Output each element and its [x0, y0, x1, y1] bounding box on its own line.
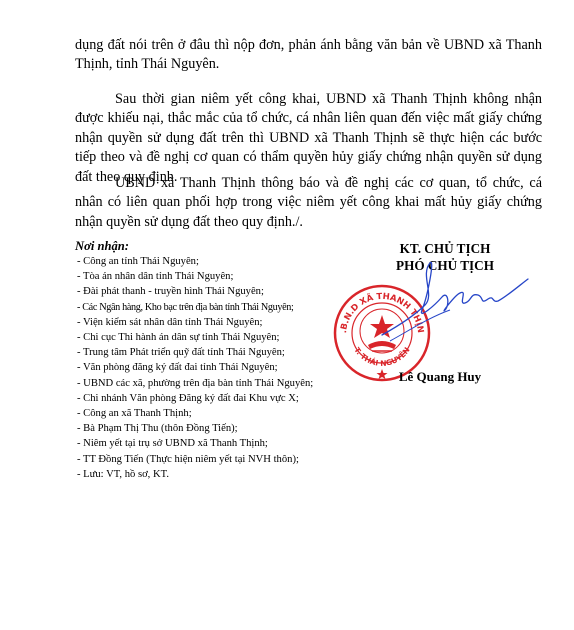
handwritten-signature-icon	[380, 255, 530, 345]
recipient-item: - Tòa án nhân dân tỉnh Thái Nguyên;	[75, 269, 313, 284]
recipient-item: - Chi cục Thi hành án dân sự tỉnh Thái N…	[75, 330, 313, 345]
recipient-item: - Công an xã Thanh Thịnh;	[75, 406, 313, 421]
recipient-item: - Lưu: VT, hồ sơ, KT.	[75, 467, 313, 482]
paragraph-continuation: dụng đất nói trên ở đâu thì nộp đơn, phả…	[75, 36, 542, 75]
recipient-item: - Các Ngân hàng, Kho bạc trên địa bàn tỉ…	[75, 300, 313, 315]
recipient-item: - Đài phát thanh - truyền hình Thái Nguy…	[75, 284, 313, 299]
paragraph-posting-period: Sau thời gian niêm yết công khai, UBND x…	[75, 90, 542, 187]
paragraph-notice: UBND xã Thanh Thịnh thông báo và đề nghị…	[75, 174, 542, 232]
recipient-item: - Chi nhánh Văn phòng Đăng ký đất đai Kh…	[75, 391, 313, 406]
recipient-item: - Trung tâm Phát triển quỹ đất tỉnh Thái…	[75, 345, 313, 360]
recipient-item: - Bà Phạm Thị Thu (thôn Đồng Tiến);	[75, 421, 313, 436]
svg-text:T. THÁI NGUYÊN: T. THÁI NGUYÊN	[352, 346, 411, 368]
recipient-item: - Niêm yết tại trụ sở UBND xã Thanh Thịn…	[75, 436, 313, 451]
document-page: dụng đất nói trên ở đâu thì nộp đơn, phả…	[0, 0, 574, 630]
recipient-item: - UBND các xã, phường trên địa bàn tỉnh …	[75, 376, 313, 391]
recipients-block: Nơi nhận: - Công an tỉnh Thái Nguyên; - …	[75, 238, 313, 482]
recipient-item: - TT Đồng Tiến (Thực hiện niêm yết tại N…	[75, 452, 313, 467]
recipients-list: - Công an tỉnh Thái Nguyên; - Tòa án nhâ…	[75, 254, 313, 482]
paragraph-text: UBND xã Thanh Thịnh thông báo và đề nghị…	[75, 174, 542, 232]
paragraph-text: Sau thời gian niêm yết công khai, UBND x…	[75, 90, 542, 187]
recipient-item: - Văn phòng đăng ký đất đai tỉnh Thái Ng…	[75, 360, 313, 375]
recipient-item: - Công an tỉnh Thái Nguyên;	[75, 254, 313, 269]
recipients-heading: Nơi nhận:	[75, 238, 313, 254]
recipient-item: - Viện kiểm sát nhân dân tỉnh Thái Nguyê…	[75, 315, 313, 330]
paragraph-text: dụng đất nói trên ở đâu thì nộp đơn, phả…	[75, 36, 542, 75]
signer-name: Lê Quang Huy	[360, 369, 520, 385]
